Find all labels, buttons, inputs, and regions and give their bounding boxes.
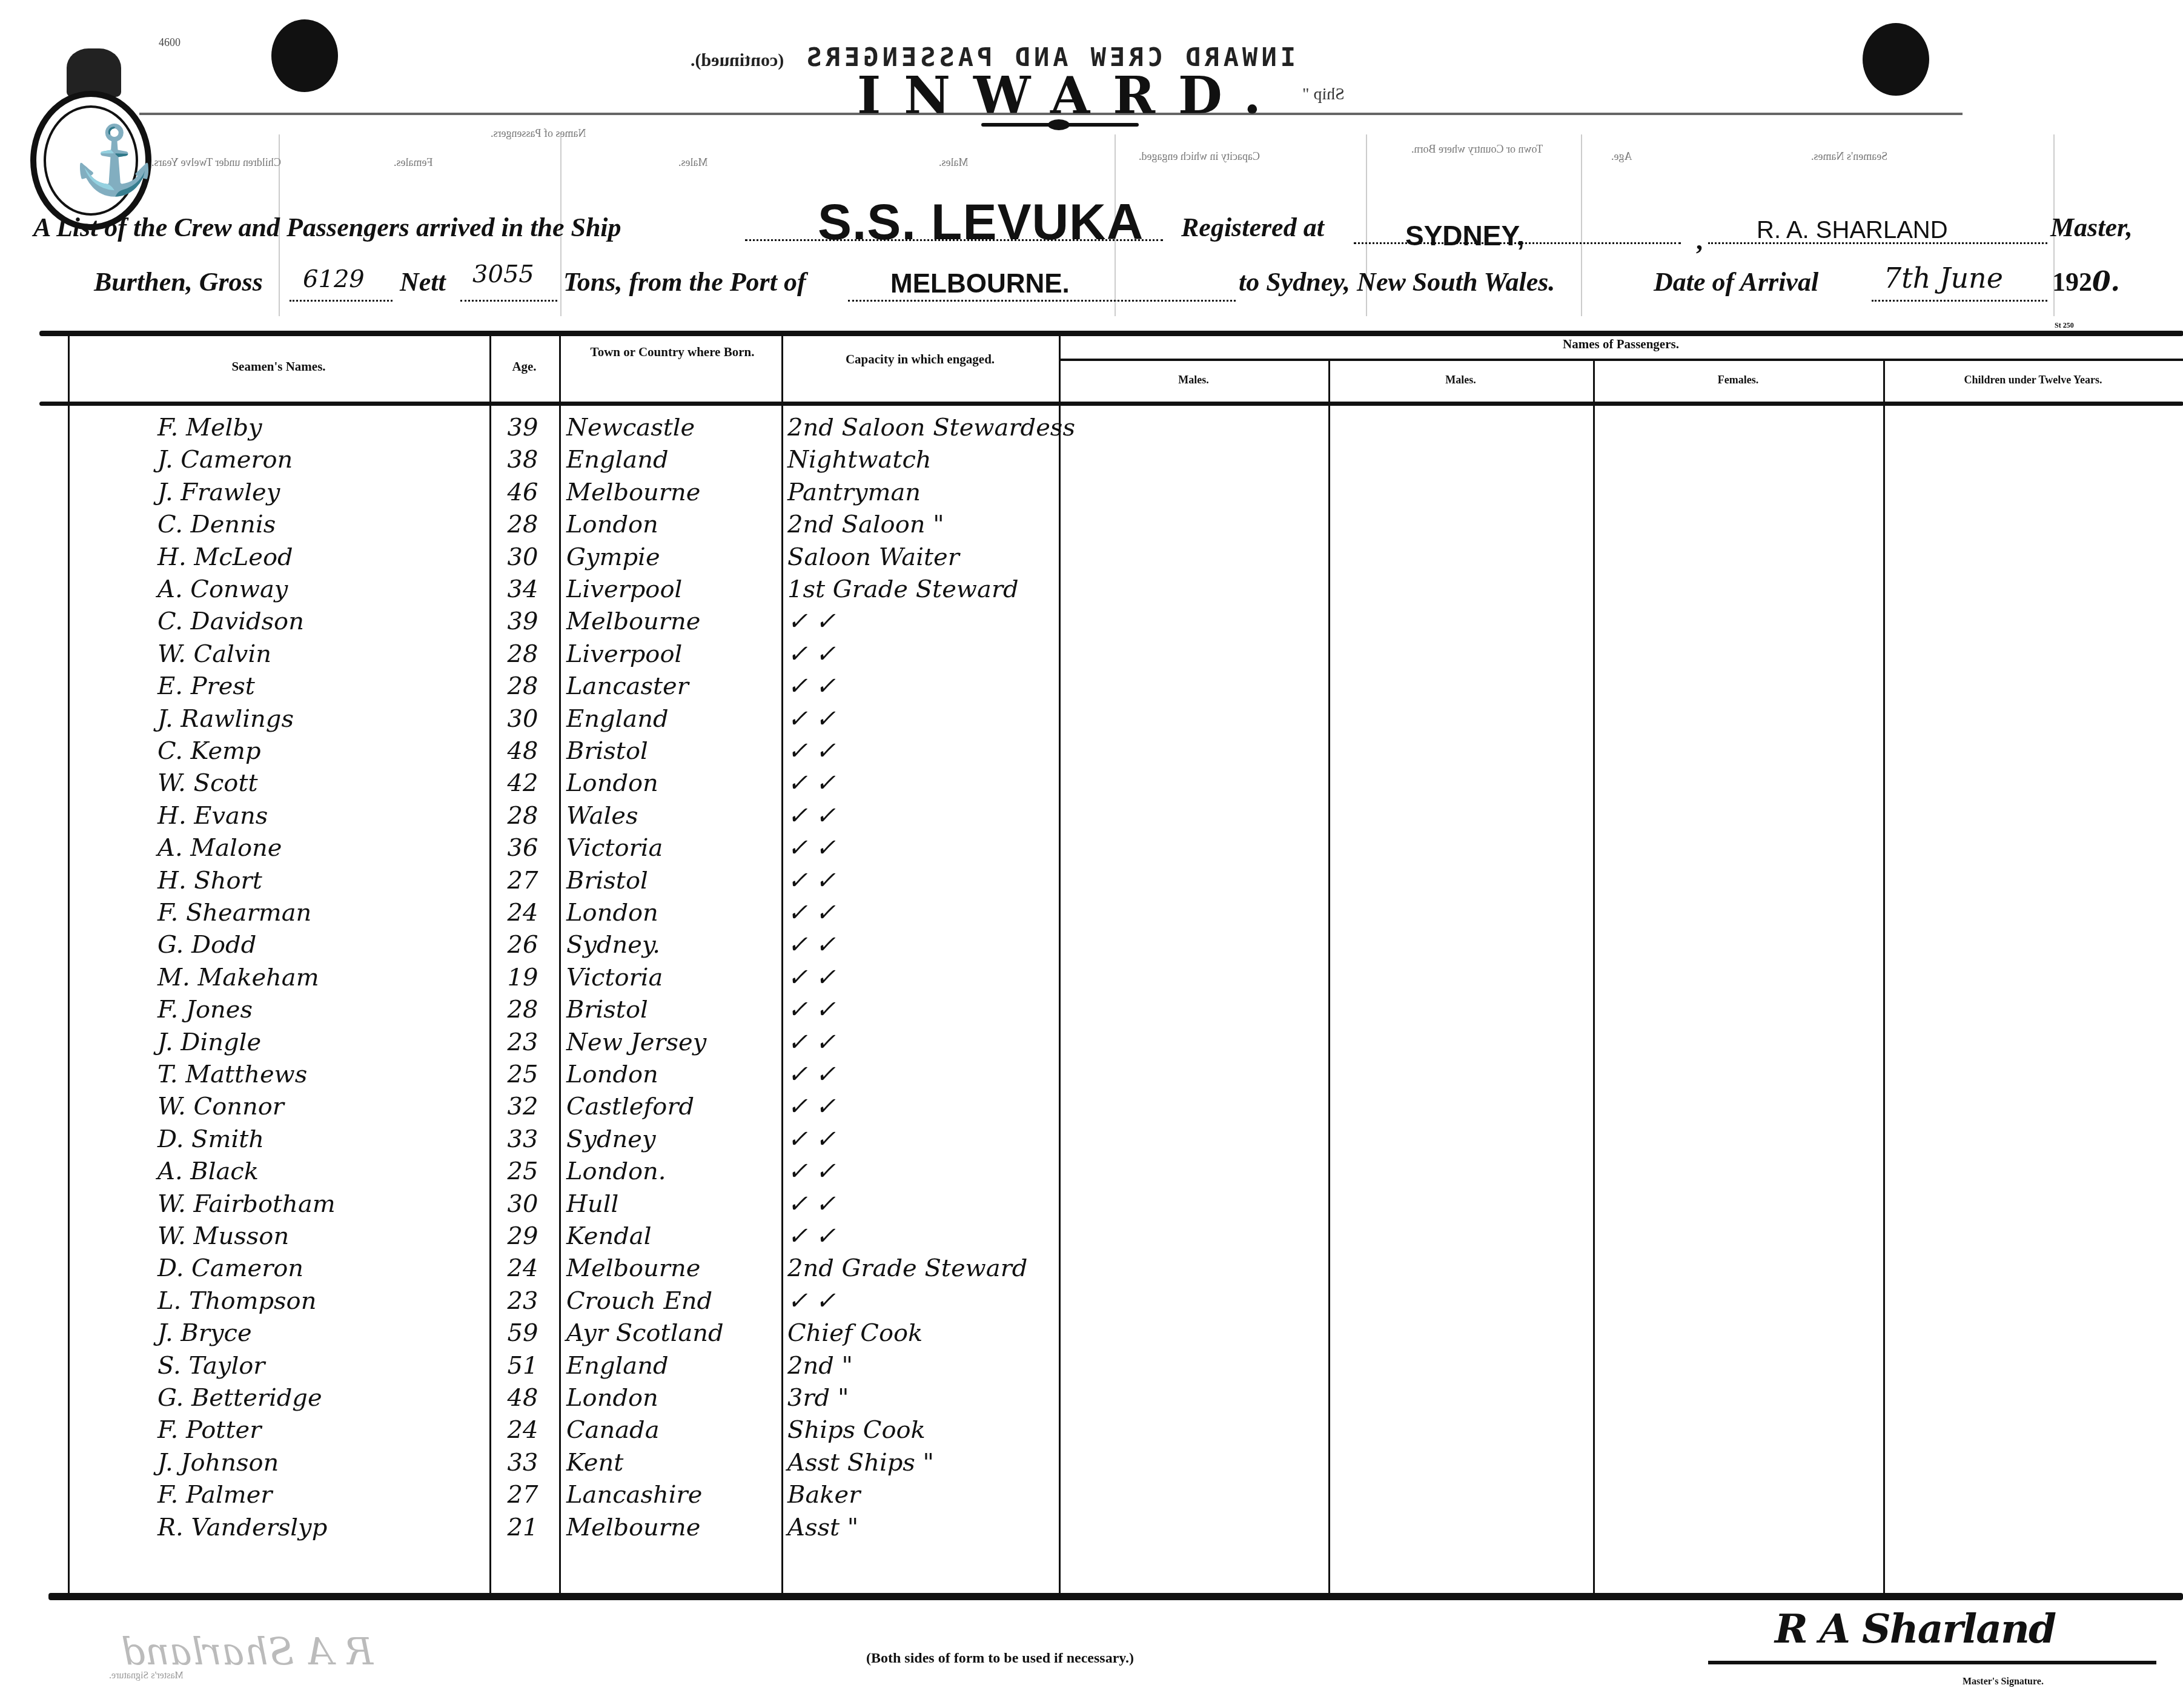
crew-age: 19	[495, 962, 550, 993]
table-row: G. Dodd26Sydney.✓ ✓	[0, 929, 2183, 961]
crew-age: 21	[495, 1512, 550, 1543]
bleed-header: Names of Passengers.	[491, 127, 586, 140]
crew-name: A. Malone	[157, 832, 282, 864]
table-row: T. Matthews25London✓ ✓	[0, 1059, 2183, 1090]
crew-capacity: ✓ ✓	[787, 865, 836, 896]
crew-birthplace: London.	[566, 1156, 666, 1187]
crew-capacity: 1st Grade Steward	[787, 574, 1019, 605]
crew-age: 26	[495, 929, 550, 961]
crew-capacity: ✓ ✓	[787, 703, 836, 735]
bleed-header: Capacity in which engaged.	[1139, 150, 1260, 163]
voyage-line-1-label: A List of the Crew and Passengers arrive…	[33, 212, 621, 243]
crew-capacity: Ships Cook	[787, 1414, 926, 1446]
crew-name: C. Davidson	[157, 606, 304, 637]
master-name: R. A. SHARLAND	[1757, 217, 1948, 244]
crew-capacity: ✓ ✓	[787, 1124, 836, 1155]
crew-capacity: ✓ ✓	[787, 1027, 836, 1058]
nett-tons: 3055	[472, 260, 534, 288]
crew-age: 33	[495, 1124, 550, 1155]
crew-age: 30	[495, 1188, 550, 1220]
crew-capacity: ✓ ✓	[787, 832, 836, 864]
crew-name: D. Cameron	[157, 1253, 303, 1284]
crew-birthplace: Castleford	[566, 1091, 694, 1122]
nett-label: Nett	[400, 266, 446, 297]
crew-birthplace: Newcastle	[566, 412, 695, 443]
crew-age: 27	[495, 1479, 550, 1511]
crew-name: G. Dodd	[157, 929, 256, 961]
crew-birthplace: Kendal	[566, 1220, 652, 1252]
crew-name: M. Makeham	[157, 962, 319, 993]
crew-name: W. Connor	[157, 1091, 284, 1122]
crew-birthplace: Lancashire	[566, 1479, 702, 1511]
bleed-through-signature-label: Master's Signature.	[109, 1670, 184, 1681]
crew-capacity: Baker	[787, 1479, 860, 1511]
crew-name: R. Vanderslyp	[157, 1512, 327, 1543]
crew-age: 39	[495, 606, 550, 637]
shipping-office-seal: ⚓	[30, 48, 157, 230]
master-label: Master,	[2050, 212, 2133, 243]
crew-name: W. Calvin	[157, 638, 271, 670]
bleed-header: Males.	[939, 156, 969, 169]
crew-capacity: ✓ ✓	[787, 735, 836, 767]
column-header-males-2: Males.	[1328, 372, 1593, 388]
crew-capacity: ✓ ✓	[787, 1059, 836, 1090]
table-row: W. Fairbotham30Hull✓ ✓	[0, 1188, 2183, 1220]
table-row: A. Conway34Liverpool1st Grade Steward	[0, 574, 2183, 605]
bleed-header: Children under Twelve Years.	[151, 156, 281, 169]
crew-name: D. Smith	[157, 1124, 264, 1155]
crew-age: 28	[495, 509, 550, 540]
crew-birthplace: Melbourne	[566, 1253, 700, 1284]
table-row: M. Makeham19Victoria✓ ✓	[0, 962, 2183, 993]
crew-birthplace: Victoria	[566, 962, 663, 993]
crew-name: C. Kemp	[157, 735, 261, 767]
table-bottom-rule	[48, 1593, 2183, 1600]
crew-age: 24	[495, 1253, 550, 1284]
crew-name: F. Potter	[157, 1414, 261, 1446]
crew-name: A. Black	[157, 1156, 259, 1187]
table-top-rule	[39, 331, 2183, 336]
crew-capacity: Saloon Waiter	[787, 541, 959, 573]
title-ornament	[981, 123, 1139, 127]
table-row: J. Dingle23New Jersey✓ ✓	[0, 1027, 2183, 1058]
crew-age: 33	[495, 1447, 550, 1478]
crew-name: J. Frawley	[157, 477, 280, 508]
crew-age: 25	[495, 1156, 550, 1187]
crew-age: 39	[495, 412, 550, 443]
crew-capacity: ✓ ✓	[787, 638, 836, 670]
crew-capacity: ✓ ✓	[787, 800, 836, 832]
signature-label: Master's Signature.	[1963, 1677, 2044, 1687]
crew-birthplace: Liverpool	[566, 574, 682, 605]
crew-age: 25	[495, 1059, 550, 1090]
crew-capacity: Pantryman	[787, 477, 921, 508]
crew-capacity: Nightwatch	[787, 444, 932, 475]
crew-capacity: 3rd "	[787, 1382, 849, 1414]
form-code: St 250	[2055, 321, 2074, 330]
crew-capacity: 2nd "	[787, 1350, 853, 1382]
bleed-through-signature: R A Sharland	[121, 1629, 373, 1673]
table-row: W. Calvin28Liverpool✓ ✓	[0, 638, 2183, 670]
crew-age: 27	[495, 865, 550, 896]
crew-age: 23	[495, 1027, 550, 1058]
crew-name: J. Cameron	[157, 444, 293, 475]
crew-birthplace: England	[566, 1350, 669, 1382]
punch-hole-right	[1863, 23, 1929, 96]
crew-birthplace: London	[566, 897, 658, 928]
registered-port: SYDNEY,	[1405, 219, 1525, 252]
crew-age: 42	[495, 767, 550, 799]
top-rule	[139, 113, 1963, 115]
crew-birthplace: London	[566, 767, 658, 799]
crew-birthplace: Victoria	[566, 832, 663, 864]
table-row: F. Palmer27LancashireBaker	[0, 1479, 2183, 1511]
crew-age: 59	[495, 1317, 550, 1349]
table-row: S. Taylor51England2nd "	[0, 1350, 2183, 1382]
crew-name: W. Fairbotham	[157, 1188, 336, 1220]
crew-birthplace: London	[566, 1382, 658, 1414]
table-row: W. Connor32Castleford✓ ✓	[0, 1091, 2183, 1122]
destination: to Sydney, New South Wales.	[1239, 266, 1555, 297]
crew-age: 30	[495, 703, 550, 735]
table-row: J. Cameron38EnglandNightwatch	[0, 444, 2183, 475]
table-row: H. Short27Bristol✓ ✓	[0, 865, 2183, 896]
table-row: E. Prest28Lancaster✓ ✓	[0, 670, 2183, 702]
crew-capacity: ✓ ✓	[787, 962, 836, 993]
crew-name: C. Dennis	[157, 509, 276, 540]
crew-name: H. McLeod	[157, 541, 293, 573]
table-row: H. McLeod30GympieSaloon Waiter	[0, 541, 2183, 573]
column-header-females: Females.	[1593, 372, 1883, 388]
signature-line	[1708, 1661, 2156, 1664]
crew-name: F. Palmer	[157, 1479, 272, 1511]
crew-capacity: 2nd Grade Steward	[787, 1253, 1027, 1284]
table-header-rule	[39, 402, 2183, 406]
bleed-header: Males.	[678, 156, 708, 169]
form-number: 4600	[159, 36, 181, 49]
crew-birthplace: Kent	[566, 1447, 623, 1478]
table-row: W. Musson29Kendal✓ ✓	[0, 1220, 2183, 1252]
burthen-label: Burthen, Gross	[94, 266, 263, 297]
crew-birthplace: Sydney.	[566, 929, 660, 961]
crew-capacity: 2nd Saloon Stewardess	[787, 412, 1075, 443]
table-row: C. Davidson39Melbourne✓ ✓	[0, 606, 2183, 637]
crew-name: F. Melby	[157, 412, 262, 443]
crew-name: G. Betteridge	[157, 1382, 322, 1414]
crew-name: J. Dingle	[157, 1027, 261, 1058]
crew-birthplace: Ayr Scotland	[566, 1317, 724, 1349]
crew-birthplace: Bristol	[566, 735, 648, 767]
crew-birthplace: Lancaster	[566, 670, 689, 702]
crew-birthplace: Melbourne	[566, 1512, 700, 1543]
table-row: A. Black25London.✓ ✓	[0, 1156, 2183, 1187]
footer-note: (Both sides of form to be used if necess…	[866, 1650, 1134, 1667]
table-row: C. Kemp48Bristol✓ ✓	[0, 735, 2183, 767]
crew-birthplace: Hull	[566, 1188, 618, 1220]
table-row: D. Cameron24Melbourne2nd Grade Steward	[0, 1253, 2183, 1284]
table-row: C. Dennis28London2nd Saloon "	[0, 509, 2183, 540]
punch-hole-left	[271, 19, 338, 92]
crew-name: J. Bryce	[157, 1317, 252, 1349]
table-row: F. Potter24CanadaShips Cook	[0, 1414, 2183, 1446]
crew-capacity: ✓ ✓	[787, 1220, 836, 1252]
crew-name: H. Short	[157, 865, 262, 896]
crew-name: L. Thompson	[157, 1285, 316, 1317]
crew-name: J. Rawlings	[157, 703, 294, 735]
crew-name: F. Jones	[157, 994, 253, 1025]
crew-age: 46	[495, 477, 550, 508]
crew-capacity: ✓ ✓	[787, 1285, 836, 1317]
arrival-label: Date of Arrival	[1654, 266, 1818, 297]
arrival-year-prefix: 192	[2052, 267, 2092, 297]
column-header-children: Children under Twelve Years.	[1883, 372, 2183, 388]
crew-capacity: ✓ ✓	[787, 897, 836, 928]
crew-name: S. Taylor	[157, 1350, 265, 1382]
column-header-age: Age.	[489, 359, 559, 374]
crew-capacity: ✓ ✓	[787, 929, 836, 961]
crew-birthplace: Bristol	[566, 994, 648, 1025]
table-row: J. Bryce59Ayr ScotlandChief Cook	[0, 1317, 2183, 1349]
table-row: D. Smith33Sydney✓ ✓	[0, 1124, 2183, 1155]
crew-birthplace: Melbourne	[566, 477, 700, 508]
table-row: F. Shearman24London✓ ✓	[0, 897, 2183, 928]
crew-birthplace: Crouch End	[566, 1285, 712, 1317]
column-header-males-1: Males.	[1059, 372, 1328, 388]
crew-age: 28	[495, 800, 550, 832]
table-row: J. Johnson33KentAsst Ships "	[0, 1447, 2183, 1478]
crew-age: 29	[495, 1220, 550, 1252]
crew-birthplace: Wales	[566, 800, 638, 832]
crew-name: E. Prest	[157, 670, 255, 702]
crew-capacity: 2nd Saloon "	[787, 509, 944, 540]
table-row: L. Thompson23Crouch End✓ ✓	[0, 1285, 2183, 1317]
crew-birthplace: New Jersey	[566, 1027, 706, 1058]
crew-age: 48	[495, 735, 550, 767]
table-row: G. Betteridge48London3rd "	[0, 1382, 2183, 1414]
from-port: MELBOURNE.	[890, 269, 1070, 299]
crew-birthplace: Gympie	[566, 541, 660, 573]
crew-name: A. Conway	[157, 574, 288, 605]
crew-capacity: Chief Cook	[787, 1317, 923, 1349]
crew-name: T. Matthews	[157, 1059, 307, 1090]
table-row: J. Frawley46MelbournePantryman	[0, 477, 2183, 508]
crew-birthplace: Canada	[566, 1414, 660, 1446]
master-signature: R A Sharland	[1775, 1605, 2055, 1652]
column-header-passengers: Names of Passengers.	[1059, 336, 2183, 352]
crew-capacity: ✓ ✓	[787, 1188, 836, 1220]
table-row: W. Scott42London✓ ✓	[0, 767, 2183, 799]
bleed-header: Age.	[1611, 150, 1632, 163]
crew-birthplace: Melbourne	[566, 606, 700, 637]
table-row: F. Melby39Newcastle2nd Saloon Stewardess	[0, 412, 2183, 443]
from-port-label: Tons, from the Port of	[563, 266, 806, 297]
anchor-icon: ⚓	[73, 127, 156, 194]
crew-birthplace: England	[566, 703, 669, 735]
table-row: H. Evans28Wales✓ ✓	[0, 800, 2183, 832]
arrival-date: 7th June	[1884, 262, 2003, 294]
registered-at-label: Registered at	[1181, 212, 1324, 243]
column-header-capacity: Capacity in which engaged.	[781, 351, 1059, 367]
table-row: J. Rawlings30England✓ ✓	[0, 703, 2183, 735]
crown-icon	[67, 48, 121, 97]
crew-name: F. Shearman	[157, 897, 311, 928]
crew-capacity: ✓ ✓	[787, 994, 836, 1025]
crew-age: 24	[495, 897, 550, 928]
column-header-town: Town or Country where Born.	[588, 344, 757, 360]
crew-capacity: ✓ ✓	[787, 767, 836, 799]
crew-capacity: Asst "	[787, 1512, 858, 1543]
crew-name: J. Johnson	[157, 1447, 279, 1478]
arrival-year-suffix: 0.	[2092, 266, 2120, 297]
crew-age: 36	[495, 832, 550, 864]
bleed-header: Town or Country where Born.	[1411, 143, 1543, 156]
crew-birthplace: London	[566, 1059, 658, 1090]
crew-age: 48	[495, 1382, 550, 1414]
crew-capacity: ✓ ✓	[787, 1156, 836, 1187]
crew-birthplace: Bristol	[566, 865, 648, 896]
bleed-through-ship-label: Ship "	[1302, 85, 1345, 104]
crew-name: W. Musson	[157, 1220, 289, 1252]
table-row: F. Jones28Bristol✓ ✓	[0, 994, 2183, 1025]
gross-tons: 6129	[303, 265, 365, 293]
crew-age: 30	[495, 541, 550, 573]
bleed-header: Females.	[394, 156, 433, 169]
crew-birthplace: London	[566, 509, 658, 540]
ship-name: S.S. LEVUKA	[818, 193, 1144, 251]
crew-capacity: Asst Ships "	[787, 1447, 934, 1478]
crew-birthplace: Liverpool	[566, 638, 682, 670]
crew-age: 28	[495, 994, 550, 1025]
crew-capacity: ✓ ✓	[787, 606, 836, 637]
crew-name: W. Scott	[157, 767, 258, 799]
crew-age: 51	[495, 1350, 550, 1382]
table-row: A. Malone36Victoria✓ ✓	[0, 832, 2183, 864]
crew-age: 28	[495, 638, 550, 670]
crew-age: 28	[495, 670, 550, 702]
bleed-header: Seamen's Names.	[1811, 150, 1887, 163]
crew-capacity: ✓ ✓	[787, 670, 836, 702]
crew-birthplace: England	[566, 444, 669, 475]
crew-age: 34	[495, 574, 550, 605]
form-title: INWARD.	[857, 65, 1284, 125]
column-header-seamen-names: Seamen's Names.	[68, 359, 489, 374]
crew-birthplace: Sydney	[566, 1124, 656, 1155]
crew-age: 38	[495, 444, 550, 475]
crew-age: 23	[495, 1285, 550, 1317]
crew-age: 32	[495, 1091, 550, 1122]
crew-age: 24	[495, 1414, 550, 1446]
crew-capacity: ✓ ✓	[787, 1091, 836, 1122]
crew-name: H. Evans	[157, 800, 268, 832]
table-row: R. Vanderslyp21MelbourneAsst "	[0, 1512, 2183, 1543]
